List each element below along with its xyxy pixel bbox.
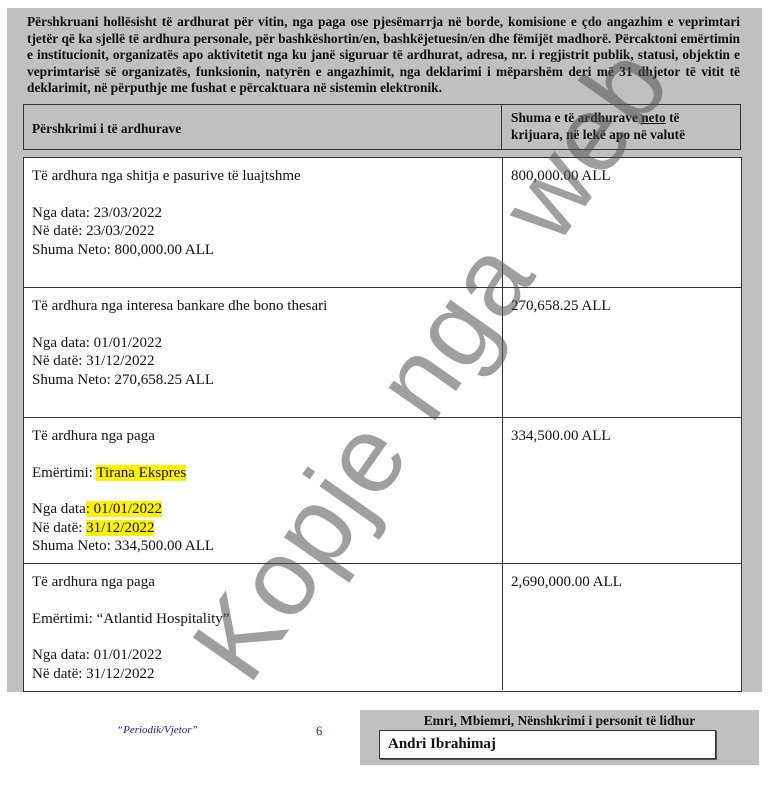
date-to: Në datë: 31/12/2022	[32, 665, 497, 684]
income-type: Të ardhura nga paga	[32, 427, 497, 446]
signature-name: Andri Ibrahimaj	[388, 736, 496, 753]
income-table: Të ardhura nga shitja e pasurive të luaj…	[23, 157, 742, 692]
table-row: Të ardhura nga paga Emërtimi: “Atlantid …	[24, 564, 741, 690]
table-row: Të ardhura nga shitja e pasurive të luaj…	[24, 158, 741, 288]
income-amount: 2,690,000.00 ALL	[511, 573, 622, 592]
highlighted-text: 31/12/2022	[86, 520, 154, 536]
income-description: Të ardhura nga paga Emërtimi: Tirana Eks…	[32, 427, 497, 556]
net-amount: Shuma Neto: 270,658.25 ALL	[32, 371, 497, 390]
income-type: Të ardhura nga interesa bankare dhe bono…	[32, 297, 497, 316]
income-description: Të ardhura nga shitja e pasurive të luaj…	[32, 167, 497, 259]
date-to: Në datë: 31/12/2022	[32, 352, 497, 371]
signature-label: Emri, Mbiemri, Nënshkrimi i personit të …	[360, 713, 759, 729]
income-amount: 334,500.00 ALL	[511, 427, 611, 446]
column-divider	[501, 105, 502, 149]
net-amount: Shuma Neto: 800,000.00 ALL	[32, 241, 497, 260]
date-to: Në datë: 23/03/2022	[32, 222, 497, 241]
income-description: Të ardhura nga interesa bankare dhe bono…	[32, 297, 497, 389]
table-row: Të ardhura nga interesa bankare dhe bono…	[24, 288, 741, 418]
employer-name: Emërtimi: “Atlantid Hospitality”	[32, 610, 497, 629]
column-header-description: Përshkrimi i të ardhurave	[32, 121, 181, 137]
footer-form-type: “Periodik/Vjetor”	[117, 724, 198, 736]
table-row: Të ardhura nga paga Emërtimi: Tirana Eks…	[24, 418, 741, 564]
date-from: Nga data: 01/01/2022	[32, 334, 497, 353]
income-amount: 270,658.25 ALL	[511, 297, 611, 316]
page-number: 6	[316, 724, 322, 739]
income-table-header: Përshkrimi i të ardhurave Shuma e të ard…	[23, 104, 741, 150]
column-divider	[502, 564, 503, 690]
employer-name: Emërtimi: Tirana Ekspres	[32, 464, 497, 483]
signature-box: Emri, Mbiemri, Nënshkrimi i personit të …	[360, 710, 759, 765]
date-from: Nga data: 01/01/2022	[32, 500, 497, 519]
column-divider	[502, 158, 503, 287]
date-to: Në datë: 31/12/2022	[32, 519, 497, 538]
instructions-text: Përshkruani hollësisht të ardhurat për v…	[27, 14, 740, 97]
income-description: Të ardhura nga paga Emërtimi: “Atlantid …	[32, 573, 497, 683]
column-divider	[502, 288, 503, 417]
income-type: Të ardhura nga shitja e pasurive të luaj…	[32, 167, 497, 186]
signature-name-field[interactable]: Andri Ibrahimaj	[379, 730, 716, 759]
highlighted-text: : 01/01/2022	[86, 501, 162, 517]
income-amount: 800,000.00 ALL	[511, 167, 611, 186]
income-type: Të ardhura nga paga	[32, 573, 497, 592]
net-amount: Shuma Neto: 334,500.00 ALL	[32, 537, 497, 556]
date-from: Nga data: 23/03/2022	[32, 204, 497, 223]
column-header-amount: Shuma e të ardhurave neto të krijuara, n…	[511, 109, 685, 143]
highlighted-text: Tirana Ekspres	[96, 465, 186, 481]
date-from: Nga data: 01/01/2022	[32, 646, 497, 665]
column-divider	[502, 418, 503, 563]
